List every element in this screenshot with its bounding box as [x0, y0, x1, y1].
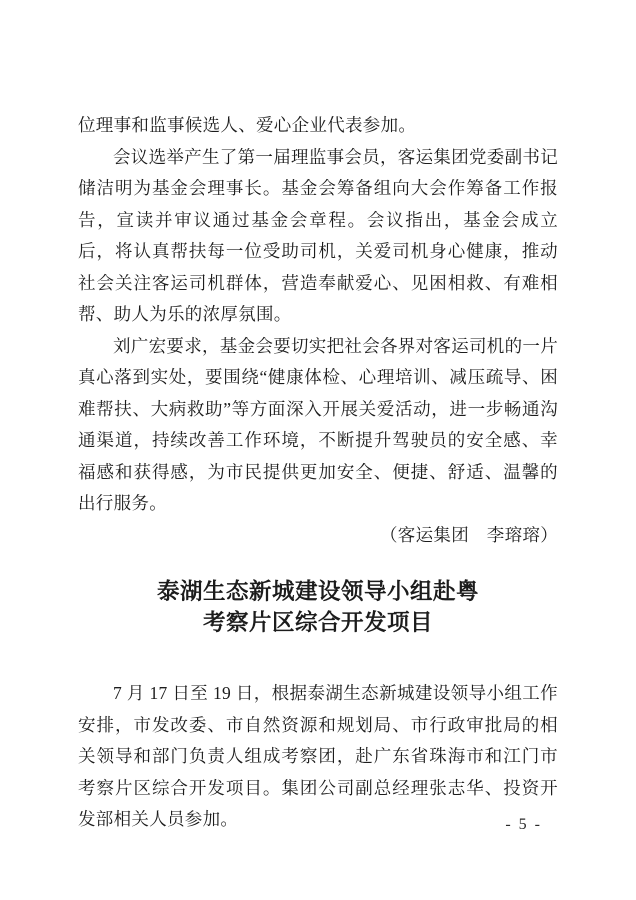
page-number: - 5 - — [505, 815, 542, 835]
article-byline: （客运集团 李瑢瑢） — [78, 520, 558, 552]
body-paragraph-continuation: 位理事和监事候选人、爱心企业代表参加。 — [78, 110, 558, 142]
text-block: 位理事和监事候选人、爱心企业代表参加。 会议选举产生了第一届理监事会员，客运集团… — [78, 110, 558, 836]
article-body: 7 月 17 日至 19 日，根据泰湖生态新城建设领导小组工作安排，市发改委、市… — [78, 678, 558, 836]
body-paragraph: 会议选举产生了第一届理监事会员，客运集团党委副书记储洁明为基金会理事长。基金会筹… — [78, 142, 558, 331]
article-title-line-1: 泰湖生态新城建设领导小组赴粤 — [78, 576, 558, 607]
article-title: 泰湖生态新城建设领导小组赴粤 考察片区综合开发项目 — [78, 576, 558, 638]
document-page: 位理事和监事候选人、爱心企业代表参加。 会议选举产生了第一届理监事会员，客运集团… — [0, 0, 636, 900]
body-paragraph: 7 月 17 日至 19 日，根据泰湖生态新城建设领导小组工作安排，市发改委、市… — [78, 678, 558, 836]
body-paragraph: 刘广宏要求，基金会要切实把社会各界对客运司机的一片真心落到实处，要围绕“健康体检… — [78, 331, 558, 520]
article-title-line-2: 考察片区综合开发项目 — [78, 607, 558, 638]
